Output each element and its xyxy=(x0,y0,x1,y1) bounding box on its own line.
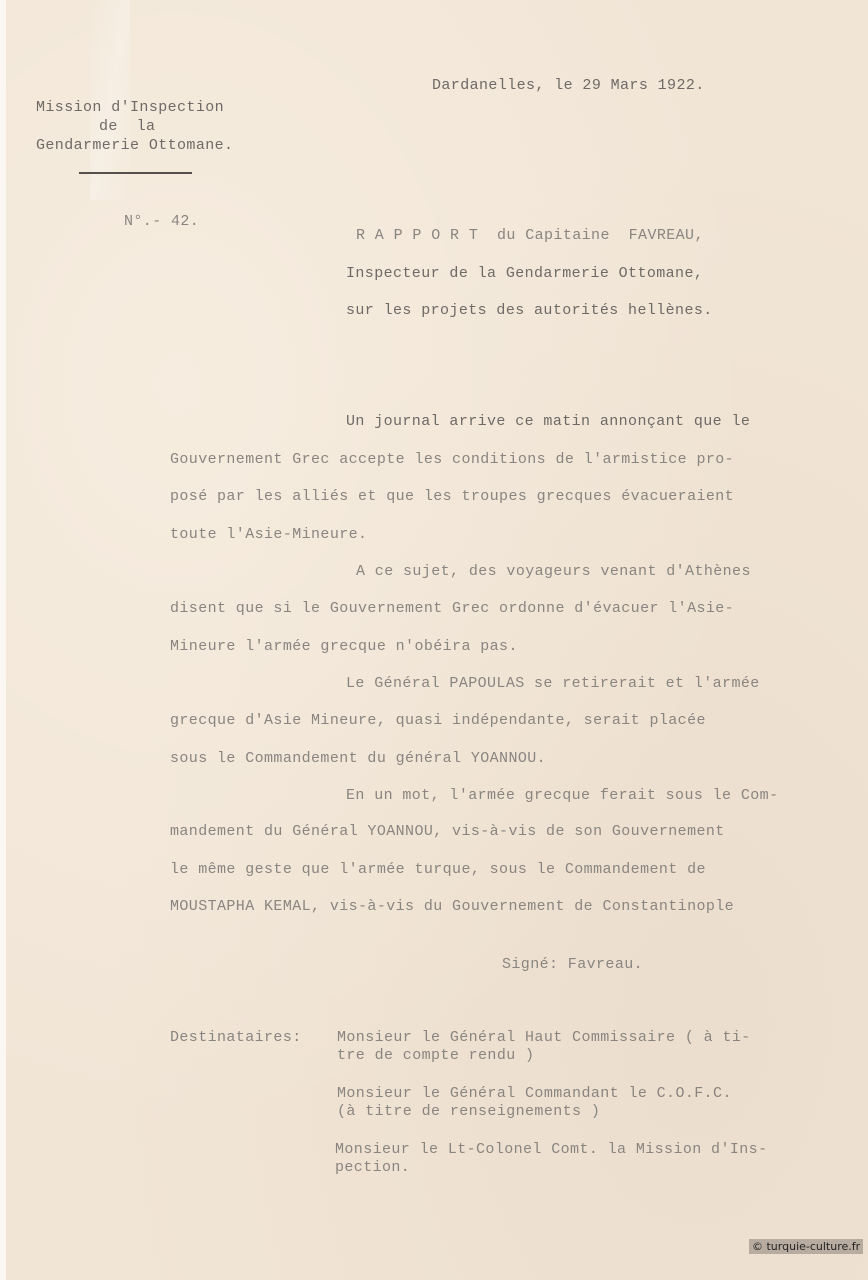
body-line: En un mot, l'armée grecque ferait sous l… xyxy=(346,787,778,804)
org-line-1: Mission d'Inspection xyxy=(36,99,224,116)
body-line: MOUSTAPHA KEMAL, vis-à-vis du Gouverneme… xyxy=(170,898,734,915)
recipient-3-line-1: Monsieur le Lt-Colonel Comt. la Mission … xyxy=(335,1141,767,1158)
body-line: grecque d'Asie Mineure, quasi indépendan… xyxy=(170,712,706,729)
org-line-3: Gendarmerie Ottomane. xyxy=(36,137,233,154)
recipient-3-line-2: pection. xyxy=(335,1159,410,1176)
body-line: A ce sujet, des voyageurs venant d'Athèn… xyxy=(356,563,751,580)
body-line: toute l'Asie-Mineure. xyxy=(170,526,367,543)
report-title-line-1: R A P P O R T du Capitaine FAVREAU, xyxy=(356,227,704,244)
recipient-2-line-1: Monsieur le Général Commandant le C.O.F.… xyxy=(337,1085,732,1102)
recipient-1-line-2: tre de compte rendu ) xyxy=(337,1047,534,1064)
body-line: sous le Commandement du général YOANNOU. xyxy=(170,750,546,767)
report-number: N°.- 42. xyxy=(124,213,199,230)
report-title-line-2: Inspecteur de la Gendarmerie Ottomane, xyxy=(346,265,703,282)
signature: Signé: Favreau. xyxy=(502,956,643,973)
recipient-2-line-2: (à titre de renseignements ) xyxy=(337,1103,600,1120)
body-line: Mineure l'armée grecque n'obéira pas. xyxy=(170,638,518,655)
body-line: disent que si le Gouvernement Grec ordon… xyxy=(170,600,734,617)
body-line: mandement du Général YOANNOU, vis-à-vis … xyxy=(170,823,725,840)
place-date: Dardanelles, le 29 Mars 1922. xyxy=(432,77,705,94)
body-line: le même geste que l'armée turque, sous l… xyxy=(170,861,706,878)
report-title-line-3: sur les projets des autorités hellènes. xyxy=(346,302,713,319)
recipient-1-line-1: Monsieur le Général Haut Commissaire ( à… xyxy=(337,1029,751,1046)
body-line: Un journal arrive ce matin annonçant que… xyxy=(346,413,750,430)
copyright-watermark: © turquie-culture.fr xyxy=(749,1239,863,1254)
org-line-2: de la xyxy=(99,118,155,135)
recipients-label: Destinataires: xyxy=(170,1029,302,1046)
header-divider xyxy=(79,172,192,174)
body-line: Gouvernement Grec accepte les conditions… xyxy=(170,451,734,468)
body-line: Le Général PAPOULAS se retirerait et l'a… xyxy=(346,675,760,692)
body-line: posé par les alliés et que les troupes g… xyxy=(170,488,734,505)
